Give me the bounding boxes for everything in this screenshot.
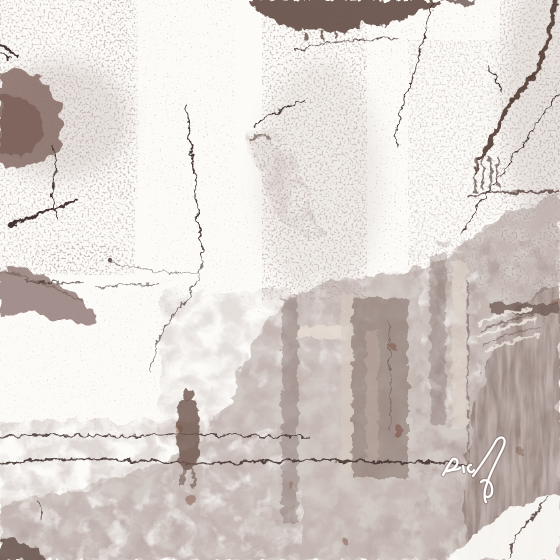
artwork-svg [0, 0, 560, 560]
artwork-canvas: Ric [0, 0, 560, 560]
left-dark-blob [0, 70, 98, 168]
door-panel [352, 298, 408, 478]
wall-white-erosion [0, 430, 300, 560]
lintel-highlight [298, 326, 348, 338]
